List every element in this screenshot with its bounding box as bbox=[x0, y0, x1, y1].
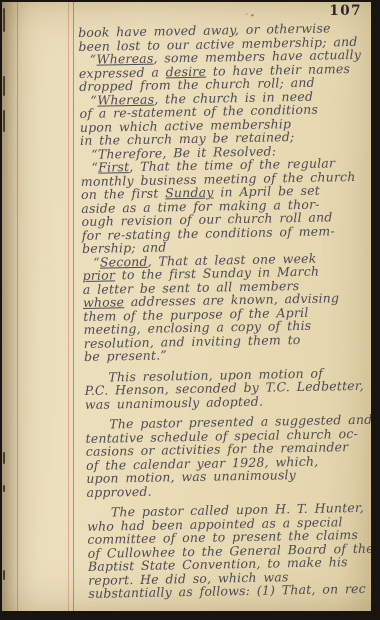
margin-rule bbox=[73, 2, 74, 611]
ledger-page: 107 book have moved away, or otherwisebe… bbox=[2, 2, 371, 611]
photo-background: 107 book have moved away, or otherwisebe… bbox=[0, 0, 380, 620]
binding-stitch bbox=[3, 570, 5, 580]
handwritten-text: book have moved away, or otherwisebeen l… bbox=[78, 21, 371, 601]
handwriting-line: substantially as follows: (1) That, on r… bbox=[88, 582, 371, 601]
binding-stitch bbox=[3, 76, 5, 96]
ink-smudge bbox=[243, 8, 257, 21]
page-number: 107 bbox=[329, 5, 362, 19]
binding-stitch bbox=[3, 485, 5, 492]
binding-stitch bbox=[3, 110, 5, 132]
binding-stitch bbox=[3, 452, 5, 464]
margin-rule bbox=[68, 2, 69, 611]
binding-stitch bbox=[3, 8, 5, 32]
